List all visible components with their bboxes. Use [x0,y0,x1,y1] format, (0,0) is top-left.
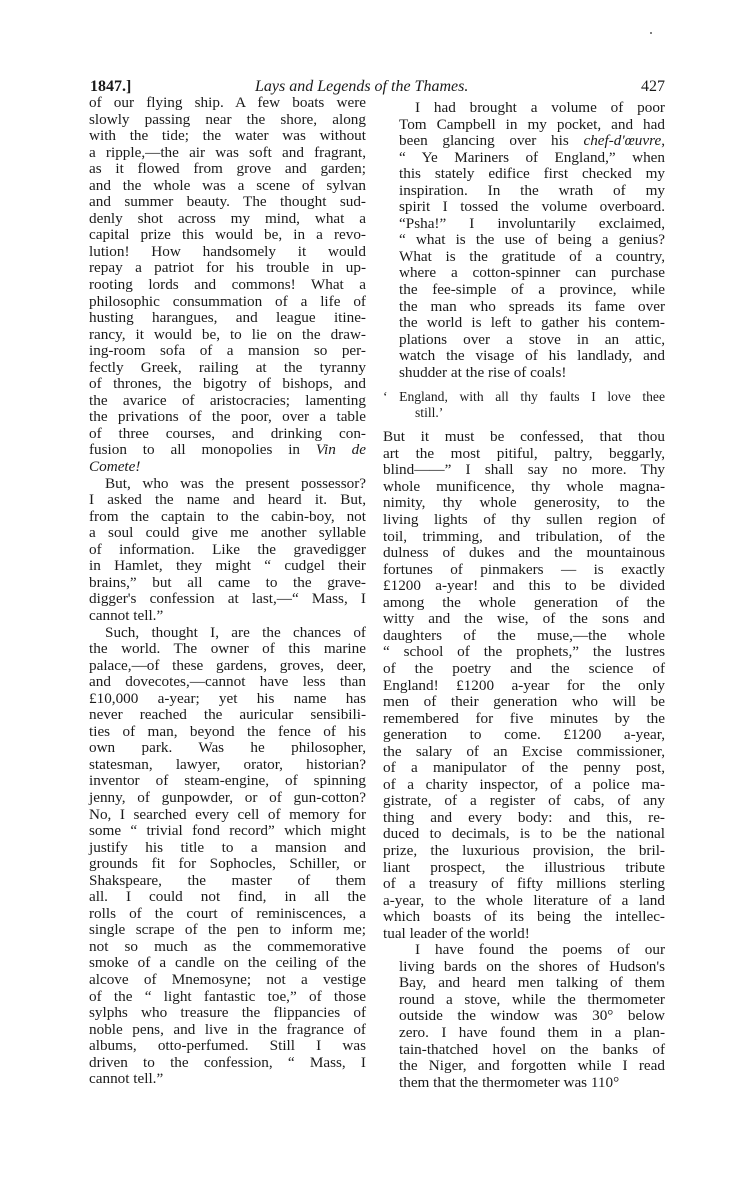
text-line: But, who was the present possessor? [89,476,366,493]
text-line: statesman, lawyer, orator, historian? [89,757,366,774]
text-line: capital prize this would be, in a revo- [89,227,366,244]
text-line: cannot tell.” [89,608,366,625]
text-line: thing and every body: and this, re- [383,810,665,827]
text-line: Tom Campbell in my pocket, and had [383,117,665,134]
paragraph: But it must be confessed, that thouart t… [383,429,665,942]
book-page: 1847.] Lays and Legends of the Thames. 4… [0,0,750,1180]
text-line: the world. The owner of this marine [89,641,366,658]
text-line: which boasts of its being the intellec- [383,909,665,926]
text-line: £1200 a-year! and this to be divided [383,578,665,595]
text-line: blind——” I shall say no more. Thy [383,462,665,479]
text-line: “ Ye Mariners of England,” when [383,150,665,167]
text-line: round a stove, while the thermometer [383,992,665,1009]
text-line: alcove of Mnemosyne; not a vestige [89,972,366,989]
text-line: driven to the confession, “ Mass, I [89,1055,366,1072]
text-line: grounds fit for Sophocles, Schiller, or [89,856,366,873]
right-column: I had brought a volume of poorTom Campbe… [383,100,665,1091]
text-line: witty and the wise, of the sons and [383,611,665,628]
text-line: albums, otto-perfumed. Still I was [89,1038,366,1055]
text-line: rancy, it would be, to lie on the draw- [89,327,366,344]
text-line: them that the thermometer was 110° [383,1075,665,1092]
text-line: prize, the luxurious provision, the bril… [383,843,665,860]
text-line: the salary of an Excise commissioner, [383,744,665,761]
text-line: outside the window was 30° below [383,1008,665,1025]
block-quote: ‘ England, with all thy faults I love th… [383,389,665,421]
text-line: I had brought a volume of poor [383,100,665,117]
text-line: Comete! [89,459,366,476]
text-line: shudder at the rise of coals! [383,365,665,382]
text-line: among the whole generation of the [383,595,665,612]
text-line: zero. I have found them in a plan- [383,1025,665,1042]
paragraph: Such, thought I, are the chances ofthe w… [89,625,366,1088]
text-line: England! £1200 a-year for the only [383,678,665,695]
text-line: fectly Greek, railing at the tyranny [89,360,366,377]
text-line: the privations of the poor, over a table [89,409,366,426]
text-line: smoke of a candle on the ceiling of the [89,955,366,972]
text-line: of a charity inspector, of a police ma- [383,777,665,794]
text-line: the world is left to gather his contem- [383,315,665,332]
text-line: living lights of thy sullen region of [383,512,665,529]
text-line: a ripple,—the air was soft and fragrant, [89,145,366,162]
text-line: philosophic consummation of a life of [89,294,366,311]
text-line: I asked the name and heard it. But, [89,492,366,509]
text-line: noble pens, and live in the fragrance of [89,1022,366,1039]
text-line: Shakspeare, the master of them [89,873,366,890]
text-line: single scrape of the pen to inform me; [89,922,366,939]
text-line: £10,000 a-year; yet his name has [89,691,366,708]
text-line: of a treasury of fifty millions sterling [383,876,665,893]
text-line: of information. Like the gravedigger [89,542,366,559]
text-line: ing-room sofa of a mansion so per- [89,343,366,360]
text-line: “ what is the use of being a genius? [383,232,665,249]
text-line: sylphs who treasure the flippancies of [89,1005,366,1022]
text-line: brains,” but all came to the grave- [89,575,366,592]
text-line: inspiration. In the wrath of my [383,183,665,200]
text-line: of the poetry and the science of [383,661,665,678]
paragraph: of our flying ship. A few boats wereslow… [89,95,366,476]
text-line: art the most pitiful, paltry, beggarly, [383,446,665,463]
text-line: the Niger, and forgotten while I read [383,1058,665,1075]
text-line: spirit I tossed the volume overboard. [383,199,665,216]
text-line: jenny, of gunpowder, or of gun-cotton? [89,790,366,807]
text-line: daughters of the muse,—the whole [383,628,665,645]
text-line: toil, trimming, and tribulation, of the [383,529,665,546]
text-line: own park. Was he philosopher, [89,740,366,757]
text-line: the man who spreads its fame over [383,299,665,316]
text-line: in Hamlet, they might “ cudgel their [89,558,366,575]
text-line: rolls of the court of reminiscences, a [89,906,366,923]
text-line: all. I could not find, in all the [89,889,366,906]
text-line: this stately edifice first checked my [383,166,665,183]
text-line: and dovecotes,—cannot have less than [89,674,366,691]
text-line: remembered for five minutes by the [383,711,665,728]
text-line: where a cotton-spinner can purchase [383,265,665,282]
text-line: the fee-simple of a province, while [383,282,665,299]
text-line: some “ trivial fond record” which might [89,823,366,840]
text-line: watch the visage of his landlady, and [383,348,665,365]
text-line: of three courses, and drinking con- [89,426,366,443]
text-line: cannot tell.” [89,1071,366,1088]
text-line: palace,—of these gardens, groves, deer, [89,658,366,675]
ink-speck [650,32,652,34]
text-line: and the whole was a scene of sylvan [89,178,366,195]
text-line: husting harangues, and league itine- [89,310,366,327]
text-line: I have found the poems of our [383,942,665,959]
text-line: tual leader of the world! [383,926,665,943]
text-line: duced to decimals, is to be the national [383,826,665,843]
text-line: lution! How handsomely it would [89,244,366,261]
text-line: men of their generation who will be [383,694,665,711]
text-line: not so much as the commemorative [89,939,366,956]
text-line: ties of man, beyond the fence of his [89,724,366,741]
text-line: digger's confession at last,—“ Mass, I [89,591,366,608]
text-line: denly shot across my mind, what a [89,211,366,228]
text-line: tain-thatched hovel on the banks of [383,1042,665,1059]
text-line: slowly passing near the shore, along [89,112,366,129]
text-line: of the “ light fantastic toe,” of those [89,989,366,1006]
text-line: No, I searched every cell of memory for [89,807,366,824]
paragraph: But, who was the present possessor?I ask… [89,476,366,625]
text-line: repay a patriot for his trouble in up- [89,260,366,277]
text-line: from the captain to the cabin-boy, not [89,509,366,526]
text-line: gistrate, of a register of cabs, of any [383,793,665,810]
text-line: of our flying ship. A few boats were [89,95,366,112]
text-line: and summer beauty. The thought sud- [89,194,366,211]
text-line: of a manipulator of the penny post, [383,760,665,777]
text-line: fusion to all monopolies in Vin de [89,442,366,459]
text-line: What is the gratitude of a country, [383,249,665,266]
text-line: nimity, thy whole generosity, to the [383,495,665,512]
text-line: living bards on the shores of Hudson's [383,959,665,976]
text-line: Bay, and heard men talking of them [383,975,665,992]
page-number: 427 [641,76,665,98]
text-line: “ school of the prophets,” the lustres [383,644,665,661]
paragraph: I had brought a volume of poorTom Campbe… [383,100,665,381]
text-line: Such, thought I, are the chances of [89,625,366,642]
text-line: still.’ [383,405,665,421]
text-line: a-year, to the whole literature of a lan… [383,893,665,910]
text-line: as it flowed from grove and garden; [89,161,366,178]
text-line: But it must be confessed, that thou [383,429,665,446]
text-line: plations over a stove in an attic, [383,332,665,349]
text-line: ‘ England, with all thy faults I love th… [383,389,665,405]
text-line: generation to come. £1200 a-year, [383,727,665,744]
text-line: whole munificence, thy whole magna- [383,479,665,496]
text-line: dulness of dukes and the mountainous [383,545,665,562]
text-line: justify his title to a mansion and [89,840,366,857]
text-line: liant prospect, the illustrious tribute [383,860,665,877]
text-line: fortunes of pinmakers — is exactly [383,562,665,579]
text-line: the avarice of aristocracies; lamenting [89,393,366,410]
paragraph: I have found the poems of ourliving bard… [383,942,665,1091]
text-line: rooting lords and commons! What a [89,277,366,294]
text-line: a soul could give me another syllable [89,525,366,542]
text-line: been glancing over his chef-d'œuvre, [383,133,665,150]
text-line: never reached the auricular sensibili- [89,707,366,724]
text-line: inventor of steam-engine, of spinning [89,773,366,790]
left-column: of our flying ship. A few boats wereslow… [89,95,366,1088]
text-line: “Psha!” I involuntarily exclaimed, [383,216,665,233]
text-line: of thrones, the bigotry of bishops, and [89,376,366,393]
text-line: with the tide; the water was without [89,128,366,145]
